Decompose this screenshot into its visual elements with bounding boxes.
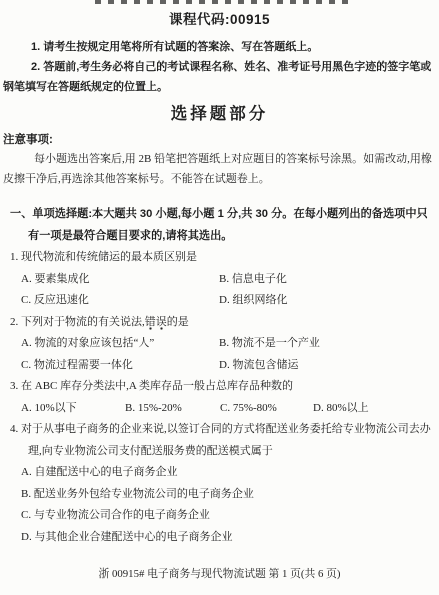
question-4-stem: 4. 对于从事电子商务的企业来说,以签订合同的方式将配送业务委托给专业物流公司去… xyxy=(10,419,436,462)
instruction-item-1: 1. 请考生按规定用笔将所有试题的答案涂、写在答题纸上。 xyxy=(3,37,435,57)
question-2-options-row-2: C. 物流过程需要一体化 D. 物流包含储运 xyxy=(10,355,436,377)
instruction-item-2: 2. 答题前,考生务必将自己的考试课程名称、姓名、准考证号用黑色字迹的签字笔或钢… xyxy=(3,57,435,97)
question-2-stem-pre: 2. 下列对于物流的有关说法, xyxy=(10,316,145,328)
question-2-option-a: A. 物流的对象应该包括“人” xyxy=(21,333,219,355)
question-1-options-row-2: C. 反应迅速化 D. 组织网络化 xyxy=(10,290,436,312)
cropped-title-fragment xyxy=(95,0,350,4)
question-2-option-b: B. 物流不是一个产业 xyxy=(219,333,320,355)
question-3-options-row: A. 10%以下 B. 15%-20% C. 75%-80% D. 80%以上 xyxy=(10,398,436,420)
question-3-option-b: B. 15%-20% xyxy=(125,398,220,420)
question-1-option-d: D. 组织网络化 xyxy=(219,290,287,312)
question-2-option-d: D. 物流包含储运 xyxy=(219,355,298,377)
notice-body: 每小题选出答案后,用 2B 铅笔把答题纸上对应题目的答案标号涂黑。如需改动,用橡… xyxy=(3,150,434,189)
section-title: 选择题部分 xyxy=(0,100,439,124)
question-2-stem-emphasis: 错误 xyxy=(145,316,167,330)
exam-page: 课程代码:00915 1. 请考生按规定用笔将所有试题的答案涂、写在答题纸上。 … xyxy=(0,0,439,595)
question-2-option-c: C. 物流过程需要一体化 xyxy=(21,355,219,377)
question-4-option-d: D. 与其他企业合建配送中心的电子商务企业 xyxy=(21,527,436,549)
question-3-option-c: C. 75%-80% xyxy=(220,398,313,420)
notice-heading: 注意事项: xyxy=(3,131,53,147)
page-footer: 浙 00915# 电子商务与现代物流试题 第 1 页(共 6 页) xyxy=(0,566,439,581)
question-1-option-a: A. 要素集成化 xyxy=(21,269,219,291)
part-heading: 一、单项选择题:本大题共 30 小题,每小题 1 分,共 30 分。在每小题列出… xyxy=(10,204,436,247)
question-1: 1. 现代物流和传统储运的最本质区别是 A. 要素集成化 B. 信息电子化 C.… xyxy=(10,247,436,312)
question-2-options-row-1: A. 物流的对象应该包括“人” B. 物流不是一个产业 xyxy=(10,333,436,355)
question-3-stem: 3. 在 ABC 库存分类法中,A 类库存品一般占总库存品种数的 xyxy=(10,376,436,398)
question-2-stem: 2. 下列对于物流的有关说法,错误的是 xyxy=(10,312,436,334)
question-area: 一、单项选择题:本大题共 30 小题,每小题 1 分,共 30 分。在每小题列出… xyxy=(10,204,436,548)
question-1-stem: 1. 现代物流和传统储运的最本质区别是 xyxy=(10,247,436,269)
question-3-option-a: A. 10%以下 xyxy=(21,398,125,420)
question-3-option-d: D. 80%以上 xyxy=(313,398,369,420)
question-2-stem-post: 的是 xyxy=(167,316,189,328)
question-3: 3. 在 ABC 库存分类法中,A 类库存品一般占总库存品种数的 A. 10%以… xyxy=(10,376,436,419)
question-1-option-c: C. 反应迅速化 xyxy=(21,290,219,312)
question-2: 2. 下列对于物流的有关说法,错误的是 A. 物流的对象应该包括“人” B. 物… xyxy=(10,312,436,377)
question-1-options-row-1: A. 要素集成化 B. 信息电子化 xyxy=(10,269,436,291)
question-4-option-b: B. 配送业务外包给专业物流公司的电子商务企业 xyxy=(21,484,436,506)
question-4-option-c: C. 与专业物流公司合作的电子商务企业 xyxy=(21,505,436,527)
question-1-option-b: B. 信息电子化 xyxy=(219,269,287,291)
course-code: 课程代码:00915 xyxy=(0,8,439,28)
question-4-option-a: A. 自建配送中心的电子商务企业 xyxy=(21,462,436,484)
candidate-instructions: 1. 请考生按规定用笔将所有试题的答案涂、写在答题纸上。 2. 答题前,考生务必… xyxy=(3,37,435,97)
question-4: 4. 对于从事电子商务的企业来说,以签订合同的方式将配送业务委托给专业物流公司去… xyxy=(10,419,436,548)
